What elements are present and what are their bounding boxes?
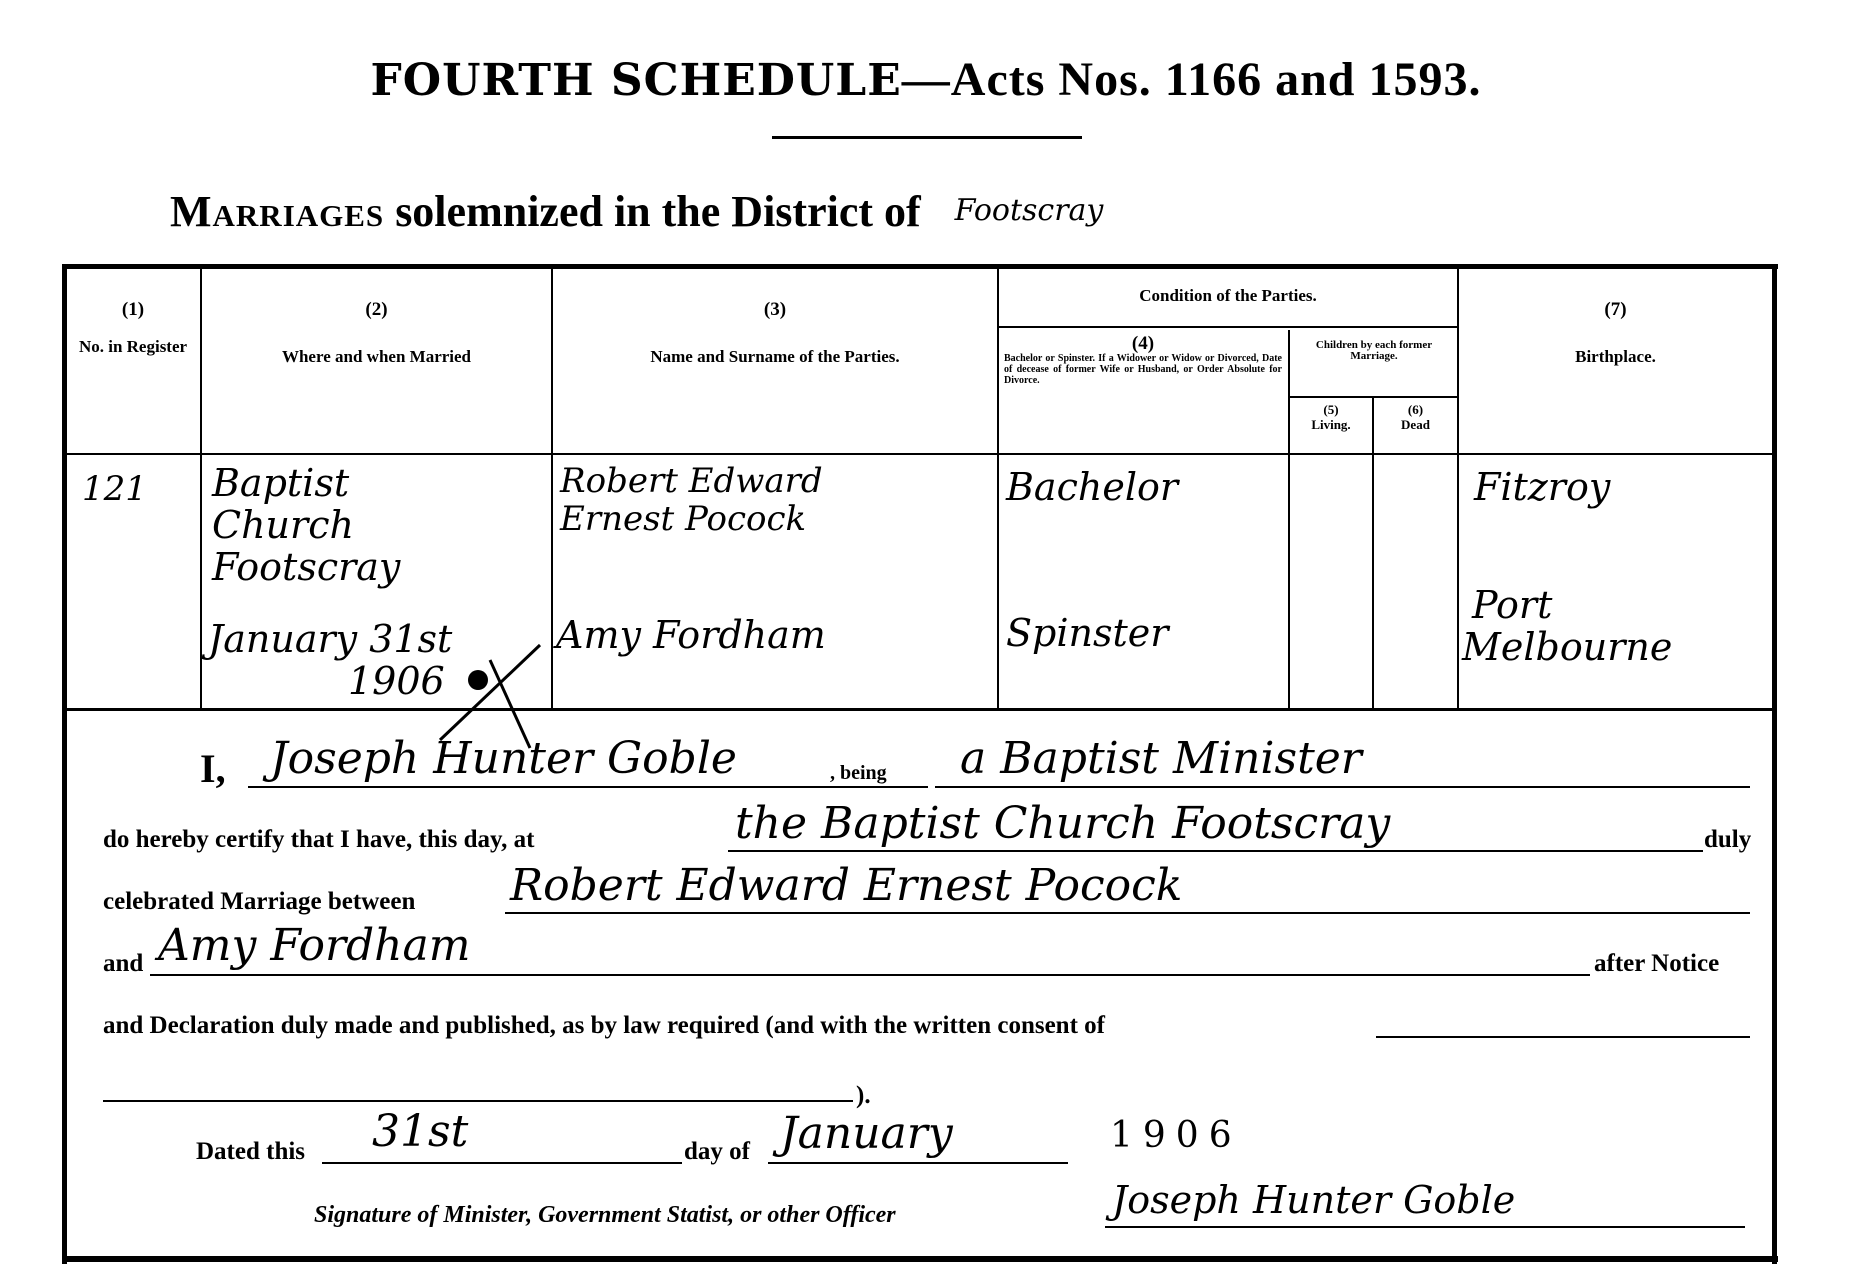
groom-rule — [505, 912, 1750, 914]
schedule-title-main: FOURTH SCHEDULE — [371, 55, 902, 106]
entry-divider — [66, 708, 1774, 711]
col-number: (5) — [1290, 402, 1372, 417]
officiant-name: Joseph Hunter Goble — [270, 735, 737, 783]
bride-condition: Spinster — [1006, 612, 1168, 654]
col-header-condition: (4) Bachelor or Spinster. If a Widower o… — [1004, 334, 1282, 386]
table-right-border — [1772, 264, 1777, 1264]
col-label: Name and Surname of the Parties. — [553, 347, 997, 366]
bride-rule — [150, 974, 1590, 976]
cert-line5: and Declaration duly made and published,… — [103, 1012, 1105, 1040]
col-group-label: Condition of the Parties. — [999, 286, 1457, 305]
dated-label: Dated this — [196, 1138, 305, 1166]
cert-line6-suffix: ). — [856, 1082, 871, 1110]
table-bottom-border — [62, 1256, 1778, 1262]
col-header-names: (3) Name and Surname of the Parties. — [553, 300, 997, 366]
dated-day: 31st — [372, 1108, 468, 1156]
col-number: (3) — [553, 300, 997, 319]
cert-line2-suffix: duly — [1704, 826, 1751, 854]
col-divider-5 — [1372, 396, 1374, 709]
birthplace-line: Melbourne — [1462, 626, 1672, 668]
col-header-birthplace: (7) Birthplace. — [1459, 300, 1772, 366]
officer-signature: Joseph Hunter Goble — [1112, 1176, 1515, 1224]
cert-groom: Robert Edward Ernest Pocock — [510, 862, 1182, 910]
children-group-divider — [1290, 396, 1457, 398]
col-header-dead: (6) Dead — [1374, 402, 1457, 432]
cert-line1-prefix: I, — [200, 745, 226, 792]
col-divider-3 — [997, 268, 999, 709]
dated-day-rule — [322, 1162, 682, 1164]
col-header-children-group: Children by each former Marriage. — [1296, 340, 1452, 362]
groom-name-line: Robert Edward — [560, 462, 823, 500]
groom-condition: Bachelor — [1006, 466, 1178, 508]
day-of-label: day of — [684, 1138, 750, 1166]
signature-label: Signature of Minister, Government Statis… — [314, 1202, 896, 1229]
district-label-caps: Marriages — [170, 187, 384, 236]
district-label: solemnized in the District of — [384, 187, 920, 236]
groom-birthplace: Fitzroy — [1474, 466, 1610, 508]
col-header-register: (1) No. in Register — [66, 300, 200, 356]
dated-year: 1906 — [1110, 1112, 1242, 1160]
col-header-living: (5) Living. — [1290, 402, 1372, 432]
where-line: Church — [212, 504, 400, 546]
cert-line4-suffix: after Notice — [1594, 950, 1719, 978]
col-label: Where and when Married — [202, 347, 551, 366]
col-header-where-when: (2) Where and when Married — [202, 300, 551, 366]
col-label: Bachelor or Spinster. If a Widower or Wi… — [1004, 353, 1282, 386]
consent-rule — [1376, 1036, 1750, 1038]
dated-month: January — [780, 1110, 953, 1158]
bride-birthplace: Port Melbourne — [1462, 584, 1672, 668]
col-label: Birthplace. — [1459, 347, 1772, 366]
venue: the Baptist Church Footscray — [735, 800, 1390, 848]
table-left-border — [62, 264, 67, 1264]
col-number: (7) — [1459, 300, 1772, 319]
groom-name-line: Ernest Pocock — [560, 500, 823, 538]
where-line: Baptist — [212, 462, 400, 504]
col-number: (1) — [66, 300, 200, 319]
cert-bride: Amy Fordham — [158, 922, 470, 970]
table-top-border — [62, 264, 1778, 269]
when-date: January 31st — [208, 618, 452, 660]
where-married: Baptist Church Footscray — [212, 462, 400, 588]
header-divider — [66, 453, 1774, 455]
officiant-role-rule — [935, 786, 1750, 788]
title-divider — [772, 136, 1082, 139]
schedule-title-acts: —Acts Nos. 1166 and 1593. — [902, 53, 1482, 106]
col-number: (4) — [1004, 334, 1282, 353]
consent-rule-2 — [103, 1100, 853, 1102]
birthplace-line: Port — [1472, 584, 1672, 626]
col-divider-4 — [1288, 330, 1290, 709]
officiant-role: a Baptist Minister — [960, 735, 1362, 783]
col-label: Living. — [1290, 417, 1372, 432]
cert-line3-prefix: celebrated Marriage between — [103, 888, 415, 916]
bride-name: Amy Fordham — [556, 614, 826, 656]
groom-name: Robert Edward Ernest Pocock — [560, 462, 823, 538]
where-line: Footscray — [212, 546, 400, 588]
district-value: Footscray — [955, 193, 1104, 228]
cert-line1-being: , being — [830, 762, 887, 785]
condition-group-divider — [999, 326, 1457, 328]
when-married: January 31st 1906 — [208, 618, 452, 702]
signature-rule — [1105, 1226, 1745, 1228]
cert-line4-prefix: and — [103, 950, 143, 978]
officiant-name-rule — [248, 786, 928, 788]
col-number: (2) — [202, 300, 551, 319]
cert-line2-prefix: do hereby certify that I have, this day,… — [103, 826, 534, 854]
register-number: 121 — [82, 468, 147, 510]
venue-rule — [728, 850, 1703, 852]
col-number: (6) — [1374, 402, 1457, 417]
schedule-title: FOURTH SCHEDULE—Acts Nos. 1166 and 1593. — [0, 52, 1852, 107]
col-label: Dead — [1374, 417, 1457, 432]
col-label: No. in Register — [66, 337, 200, 356]
dated-month-rule — [768, 1162, 1068, 1164]
col-header-condition-group: Condition of the Parties. — [999, 286, 1457, 305]
district-heading: Marriages solemnized in the District ofF… — [170, 186, 1103, 237]
